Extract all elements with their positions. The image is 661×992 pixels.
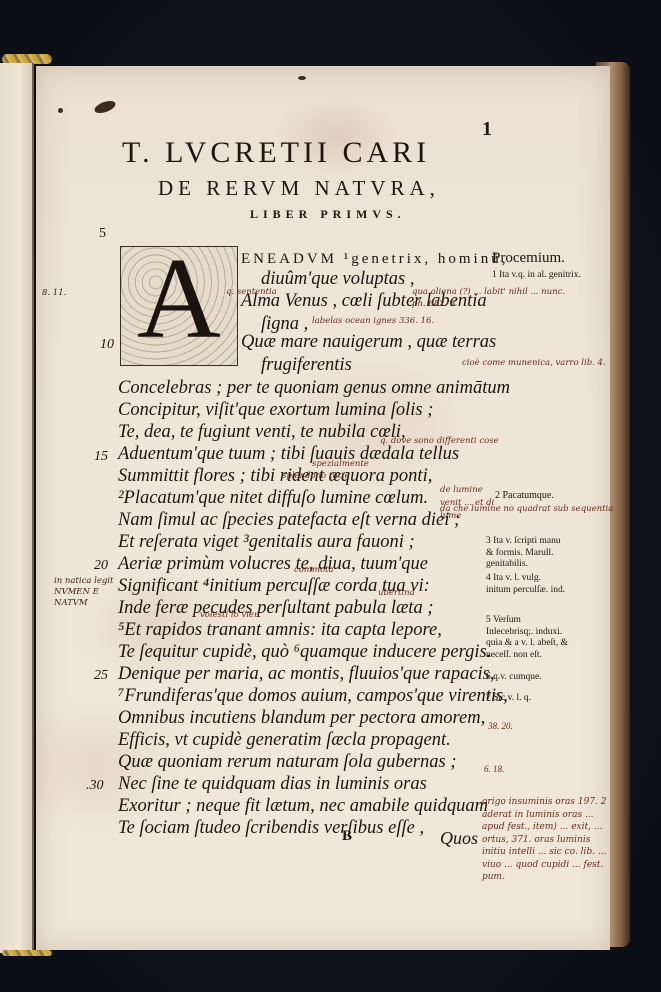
initial-letter: A: [137, 241, 221, 357]
verse-line: ⁷Frundiferas'que domos auium, campos'que…: [118, 685, 508, 707]
catchword: Quos: [440, 828, 478, 849]
verse-line: Aeriæ primùm volucres te, diua, tuum'que: [118, 553, 428, 575]
verse-line: Et reſerata viget ³genitalis aura fauoni…: [118, 531, 415, 553]
side-note: 3 Ita v. ſcripti manu & formis. Marull. …: [486, 536, 568, 571]
verse-line: Summittit flores ; tibi rident æquora po…: [118, 465, 432, 487]
binding-thread: [2, 950, 52, 956]
manuscript-note: spezialmente: [312, 459, 369, 469]
verse-line: Exoritur ; neque fit lætum, nec amabile …: [118, 795, 488, 817]
book-page: 1 T. LVCRETII CARI DE RERVM NATVRA, LIBE…: [36, 66, 610, 950]
side-note: 7 Sic v. l. q.: [486, 693, 568, 705]
side-note: 6 q.v. cumque.: [486, 672, 568, 684]
flyleaf-page: [0, 63, 34, 953]
wormhole: [58, 108, 63, 113]
wormhole: [298, 76, 306, 80]
side-note: 4 Ita v. l. vulg. initum perculſæ. ind.: [486, 573, 568, 596]
manuscript-note: q. sententia: [226, 287, 277, 297]
manuscript-note: q. dove sono differenti cose: [380, 436, 499, 446]
side-note: 5 Verſum Inlecebrisq;. induxi. quia & a …: [486, 615, 568, 661]
line-number: 5: [99, 226, 106, 242]
verse-line: Aduentum'que tuum ; tibi ſuauis dædala t…: [118, 443, 459, 465]
book-subtitle: DE RERVM NATVRA,: [158, 176, 440, 201]
verse-line: ⁵Et rapidos tranant amnis: ita capta lep…: [118, 619, 442, 641]
wormhole: [93, 99, 117, 116]
manuscript-note: labelas ocean ignes 336. 16.: [312, 316, 434, 326]
margin-ref: 8. 11.: [42, 288, 66, 298]
verse-line: Omnibus incutiens blandum per pectora am…: [118, 707, 485, 729]
verse-line: Te ſociam ſtudeo ſcribendis verſibus eſſ…: [118, 817, 424, 839]
verse-line: diuûm'que voluptas ,: [261, 268, 414, 290]
manuscript-note: qua aliena (?) ... labit' nihil ... nunc…: [412, 286, 572, 310]
margin-ref: 6. 18.: [484, 764, 504, 774]
verse-line: Nam ſimul ac ſpecies patefacta eſt verna…: [118, 509, 460, 531]
verse-line: Quæ quoniam rerum naturam ſola gubernas …: [118, 751, 456, 773]
verse-line: frugiferentis: [261, 354, 352, 376]
margin-ref: 38. 20.: [488, 721, 513, 731]
book-section: LIBER PRIMVS.: [250, 207, 406, 222]
folio-number: 1: [482, 118, 492, 141]
verse-line: Efficis, vt cupidè generatim ſæcla propa…: [118, 729, 451, 751]
manuscript-note: in natica legit NVMEN E NATVM: [54, 576, 114, 609]
line-number: .30: [86, 775, 104, 797]
line-number: 15: [94, 446, 108, 468]
verse-line: Inde feræ pecudes perſultant pabula læta…: [118, 597, 434, 619]
manuscript-note: origo insuminis oras 197. 2 aderat in lu…: [482, 796, 610, 884]
verse-line: Quæ mare nauigerum , quæ terras: [241, 331, 496, 353]
line-number: 20: [94, 555, 108, 577]
manuscript-note: commota: [294, 565, 334, 575]
verse-line: Nec ſine te quidquam dias in luminis ora…: [118, 773, 427, 795]
verse-line: Concipitur, viſit'que exortum lumina ſol…: [118, 399, 433, 421]
manuscript-note: da che lumine no quadrat sub sequentia: [440, 503, 620, 516]
manuscript-note: cioè come munenica, varro lib. 4.: [462, 358, 606, 368]
line-number: 25: [94, 665, 108, 687]
side-note: 1 Ita v.q. in al. genitrix.: [492, 270, 602, 282]
verse-line: Denique per maria, ac montis, fluuios'qu…: [118, 663, 495, 685]
verse-line: Te, dea, te fugiunt venti, te nubila cœl…: [118, 421, 406, 443]
verse-line: Concelebras ; per te quoniam genus omne …: [118, 377, 510, 399]
side-note: 2 Pacatumque.: [495, 490, 605, 502]
manuscript-note: volesti lo vien: [200, 610, 259, 620]
manuscript-note: splendono tutte: [282, 471, 350, 481]
verse-line: Te ſequitur cupidè, quò ⁶quamque inducer…: [118, 641, 491, 663]
line-number: 10: [100, 334, 114, 356]
signature-mark: B: [342, 828, 352, 845]
decorated-initial: A: [120, 246, 238, 366]
book-title: T. LVCRETII CARI: [122, 136, 430, 170]
manuscript-note: ubertina: [378, 588, 415, 598]
verse-line: ²Placatum'que nitet diffuſo lumine cœlum…: [118, 487, 428, 509]
